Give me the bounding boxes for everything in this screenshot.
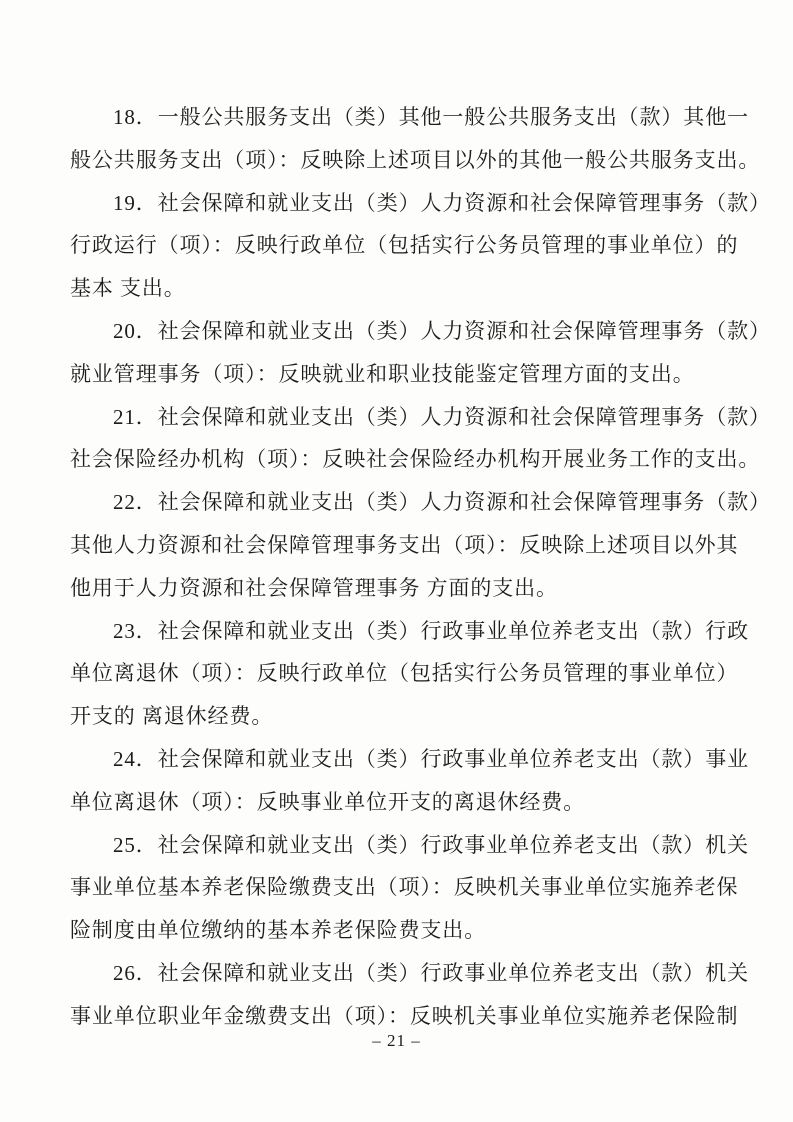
text-line: 19．社会保障和就业支出（类）人力资源和社会保障管理事务（款） [70, 182, 754, 225]
document-page: 18．一般公共服务支出（类）其他一般公共服务支出（款）其他一 般公共服务支出（项… [0, 0, 793, 1122]
text-line: 18．一般公共服务支出（类）其他一般公共服务支出（款）其他一 [70, 96, 754, 139]
text-line: 20．社会保障和就业支出（类）人力资源和社会保障管理事务（款） [70, 310, 754, 353]
text-line: 23．社会保障和就业支出（类）行政事业单位养老支出（款）行政 [70, 610, 754, 653]
text-line: 其他人力资源和社会保障管理事务支出（项）：反映除上述项目以外其 [70, 524, 754, 567]
text-line: 单位离退休（项）：反映事业单位开支的离退休经费。 [70, 781, 754, 824]
document-body: 18．一般公共服务支出（类）其他一般公共服务支出（款）其他一 般公共服务支出（项… [70, 96, 754, 1038]
text-line: 基本 支出。 [70, 267, 754, 310]
text-line: 险制度由单位缴纳的基本养老保险费支出。 [70, 909, 754, 952]
text-line: 25．社会保障和就业支出（类）行政事业单位养老支出（款）机关 [70, 824, 754, 867]
text-line: 单位离退休（项）：反映行政单位（包括实行公务员管理的事业单位） [70, 652, 754, 695]
text-line: 他用于人力资源和社会保障管理事务 方面的支出。 [70, 567, 754, 610]
text-line: 22．社会保障和就业支出（类）人力资源和社会保障管理事务（款） [70, 481, 754, 524]
page-number: – 21 – [0, 1031, 793, 1051]
text-line: 26．社会保障和就业支出（类）行政事业单位养老支出（款）机关 [70, 952, 754, 995]
text-line: 开支的 离退休经费。 [70, 695, 754, 738]
text-line: 社会保险经办机构（项）：反映社会保险经办机构开展业务工作的支出。 [70, 438, 754, 481]
text-line: 行政运行（项）：反映行政单位（包括实行公务员管理的事业单位）的 [70, 224, 754, 267]
text-line: 就业管理事务（项）：反映就业和职业技能鉴定管理方面的支出。 [70, 353, 754, 396]
text-line: 般公共服务支出（项）：反映除上述项目以外的其他一般公共服务支出。 [70, 139, 754, 182]
text-line: 24．社会保障和就业支出（类）行政事业单位养老支出（款）事业 [70, 738, 754, 781]
text-line: 事业单位基本养老保险缴费支出（项）：反映机关事业单位实施养老保 [70, 866, 754, 909]
text-line: 21．社会保障和就业支出（类）人力资源和社会保障管理事务（款） [70, 396, 754, 439]
